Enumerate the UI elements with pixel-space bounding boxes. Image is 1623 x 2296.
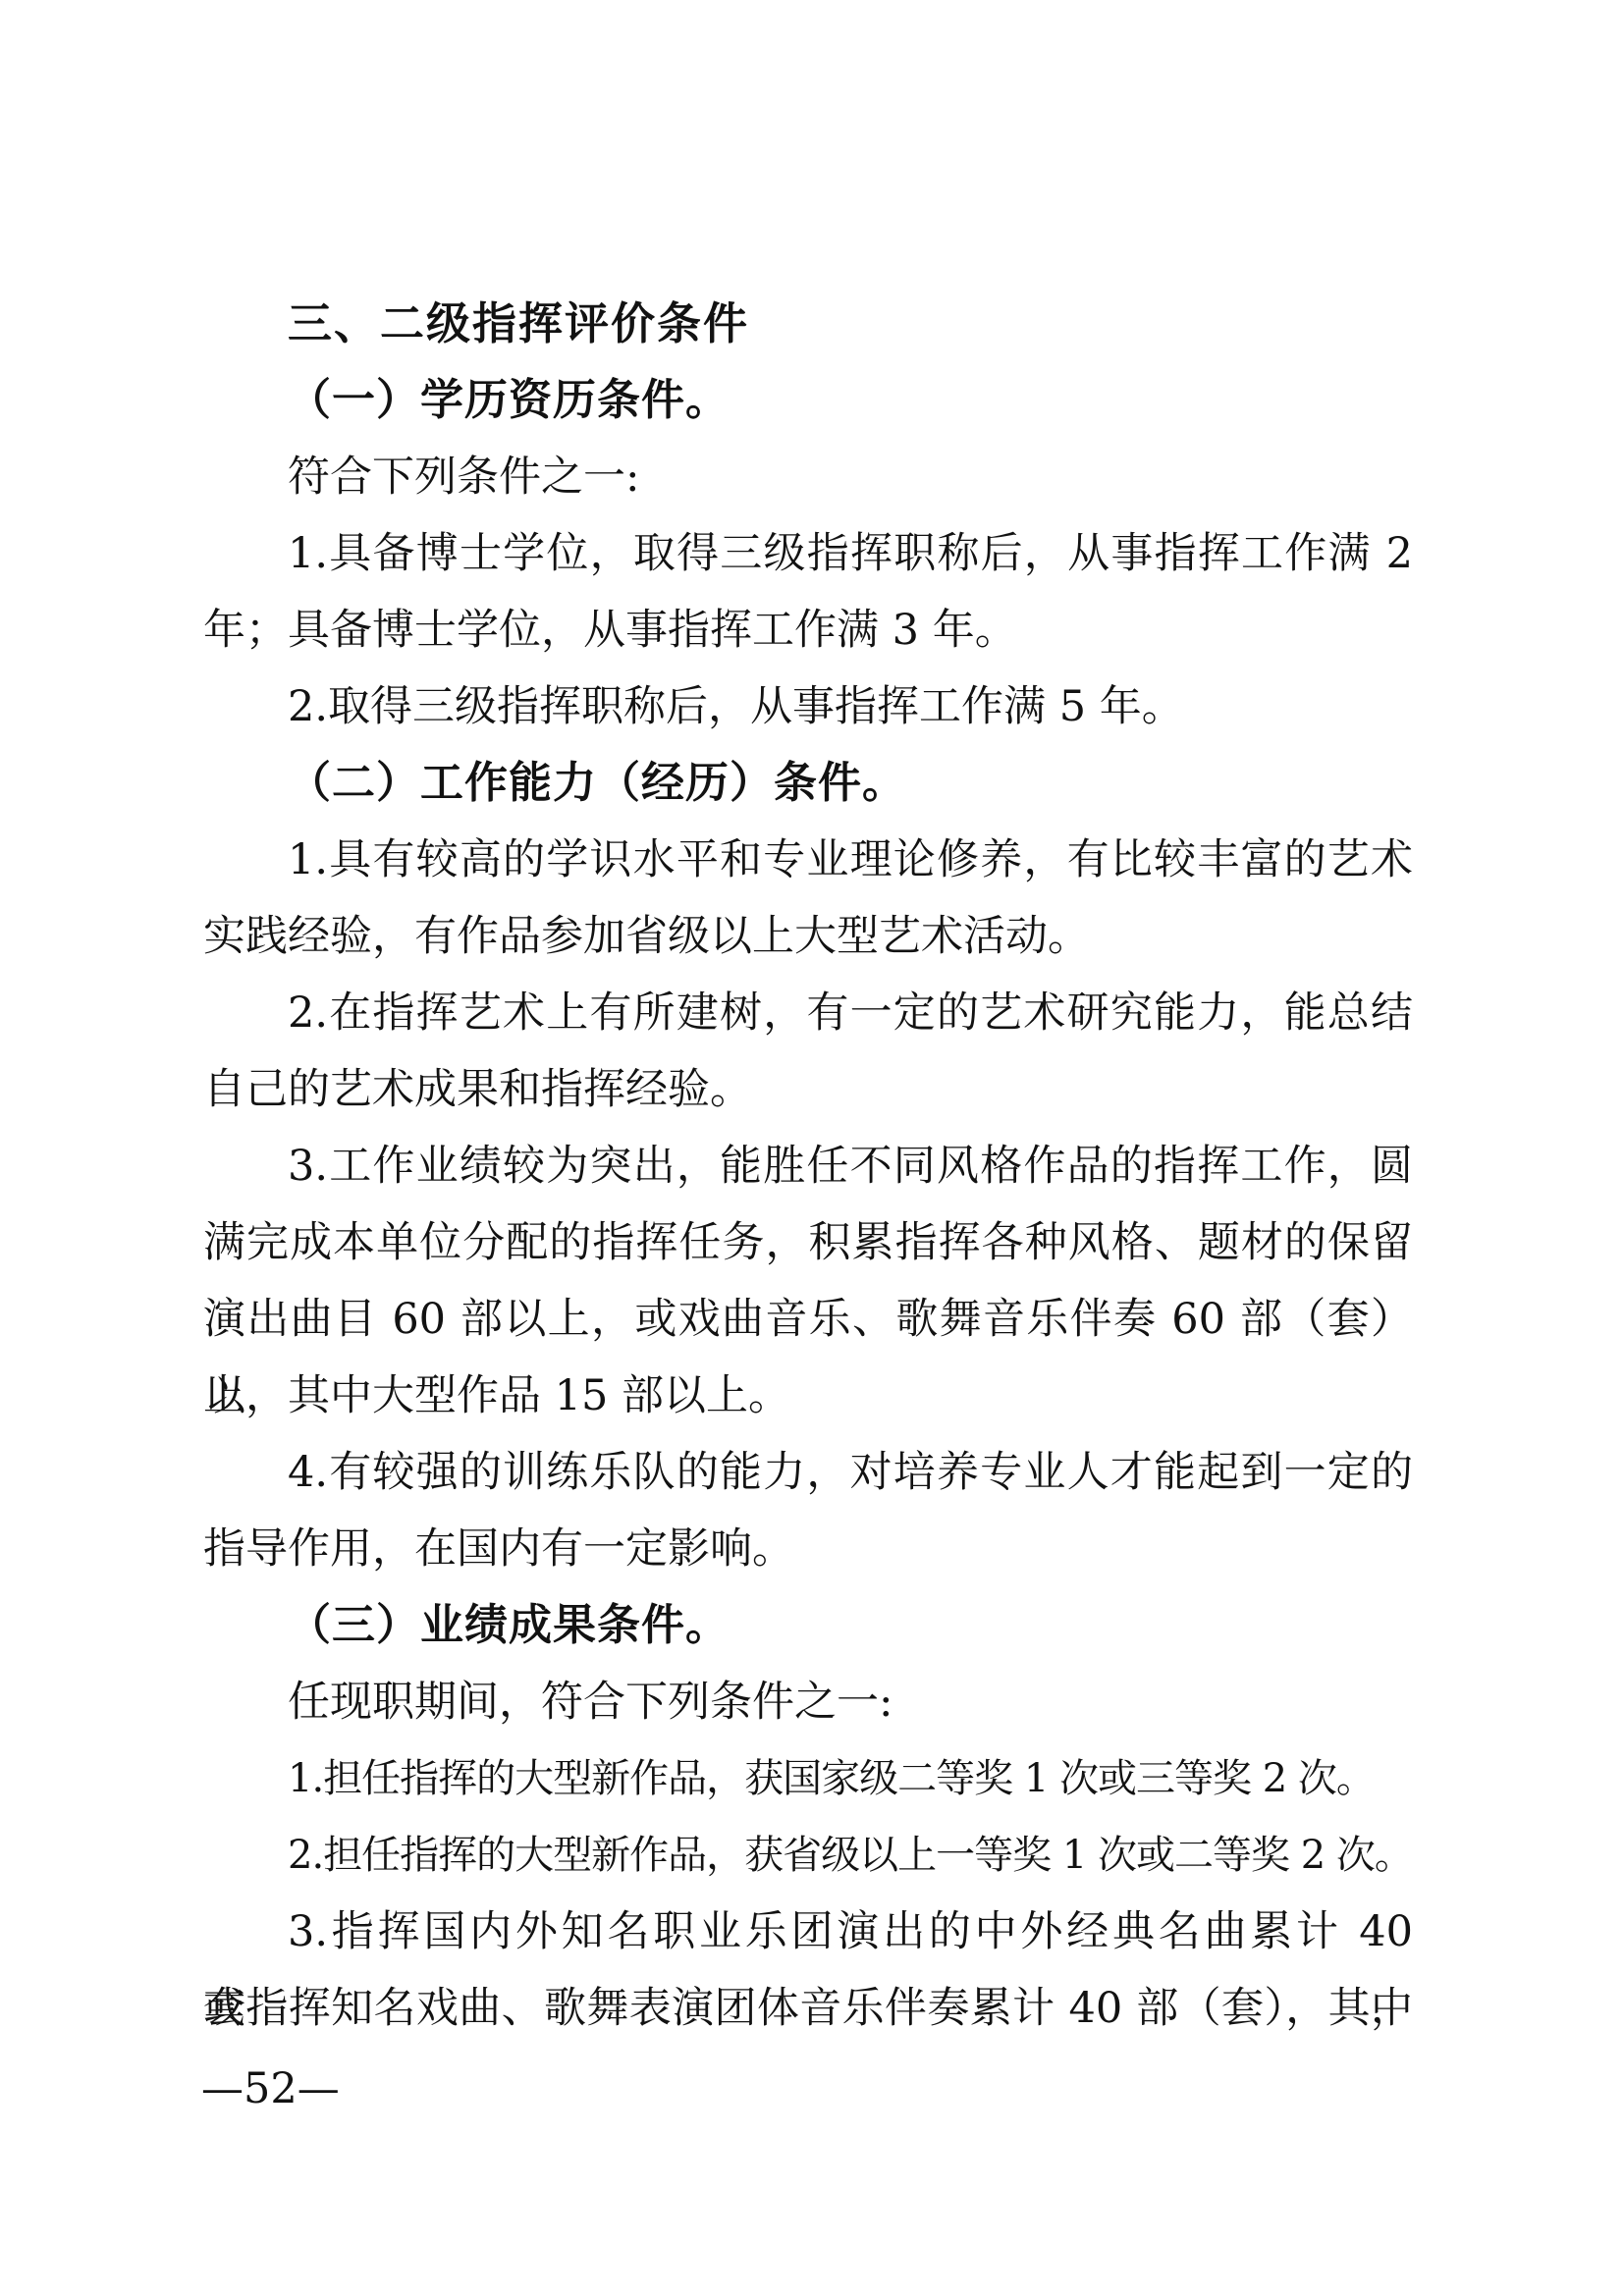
- body-line: 3.工作业绩较为突出，能胜任不同风格作品的指挥工作，圆: [203, 1128, 1413, 1204]
- body-line: 3.指挥国内外知名职业乐团演出的中外经典名曲累计 40 套，: [203, 1894, 1413, 1970]
- body-line: 1.具有较高的学识水平和专业理论修养，有比较丰富的艺术: [203, 822, 1413, 898]
- body-line: 2.担任指挥的大型新作品，获省级以上一等奖 1 次或二等奖 2 次。: [203, 1817, 1413, 1894]
- body-line: 1.担任指挥的大型新作品，获国家级二等奖 1 次或三等奖 2 次。: [203, 1740, 1413, 1817]
- text-content-area: 三、二级指挥评价条件 （一）学历资历条件。 符合下列条件之一: 1.具备博士学位…: [203, 286, 1413, 2047]
- subsection-heading-2: （二）工作能力（经历）条件。: [203, 745, 1413, 822]
- subsection-heading-3: （三）业绩成果条件。: [203, 1587, 1413, 1664]
- section-heading: 三、二级指挥评价条件: [203, 286, 1413, 362]
- body-line: 指导作用，在国内有一定影响。: [203, 1511, 1413, 1587]
- body-line: 2.取得三级指挥职称后，从事指挥工作满 5 年。: [203, 668, 1413, 745]
- body-line: 自己的艺术成果和指挥经验。: [203, 1051, 1413, 1128]
- subsection-heading-1: （一）学历资历条件。: [203, 362, 1413, 439]
- body-line: 4.有较强的训练乐队的能力，对培养专业人才能起到一定的: [203, 1434, 1413, 1511]
- document-page: 三、二级指挥评价条件 （一）学历资历条件。 符合下列条件之一: 1.具备博士学位…: [0, 0, 1623, 2296]
- body-line: 1.具备博士学位，取得三级指挥职称后，从事指挥工作满 2: [203, 515, 1413, 592]
- body-line: 年；具备博士学位，从事指挥工作满 3 年。: [203, 592, 1413, 668]
- body-line: 满完成本单位分配的指挥任务，积累指挥各种风格、题材的保留: [203, 1204, 1413, 1281]
- body-line: 或指挥知名戏曲、歌舞表演团体音乐伴奏累计 40 部（套），其中: [203, 1970, 1413, 2047]
- body-line: 任现职期间，符合下列条件之一:: [203, 1664, 1413, 1740]
- body-line: 2.在指挥艺术上有所建树，有一定的艺术研究能力，能总结: [203, 975, 1413, 1051]
- body-line: 实践经验，有作品参加省级以上大型艺术活动。: [203, 898, 1413, 975]
- body-line: 上，其中大型作品 15 部以上。: [203, 1358, 1413, 1434]
- body-line: 符合下列条件之一:: [203, 439, 1413, 515]
- body-line: 演出曲目 60 部以上，或戏曲音乐、歌舞音乐伴奏 60 部（套）以: [203, 1281, 1413, 1358]
- page-number: —52—: [201, 2059, 340, 2118]
